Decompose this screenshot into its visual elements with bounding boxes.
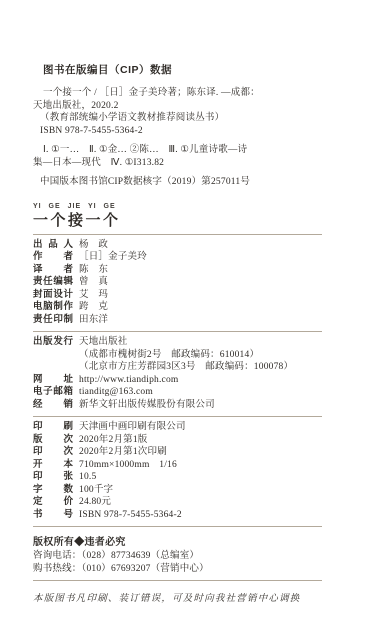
staff-row: 电脑制作跨 克: [33, 301, 322, 314]
publishing-section: 出版发行天地出版社 出版发行（成都市槐树街2号 邮政编码：610014） 出版发…: [33, 336, 322, 411]
printing-row: 书号ISBN 978-7-5455-5364-2: [33, 509, 322, 522]
divider: [33, 416, 322, 417]
cip-header: 图书在版编目（CIP）数据: [33, 62, 322, 77]
divider: [33, 331, 322, 332]
row-value: 10.5: [79, 471, 96, 484]
row-value: 2020年2月第1次印刷: [79, 446, 167, 459]
row-label: 书号: [33, 509, 73, 522]
publishing-row: 网址http://www.tiandiph.com: [33, 374, 322, 387]
publishing-row: 经销新华文轩出版传媒股份有限公司: [33, 399, 322, 412]
row-value: （北京市方庄芳群园3区3号 邮政编码：100078）: [79, 361, 293, 374]
printing-row: 开本710mm×1000mm 1/16: [33, 459, 322, 472]
row-label: 版次: [33, 434, 73, 447]
row-value: 710mm×1000mm 1/16: [79, 459, 177, 472]
publishing-row: 电子邮箱tianditg@163.com: [33, 386, 322, 399]
row-label: 电子邮箱: [33, 386, 73, 399]
cip-series-note: （教育部统编小学语文教材推荐阅读丛书）: [33, 112, 322, 125]
row-label: 出版发行: [33, 336, 73, 349]
row-label: 封面设计: [33, 289, 73, 302]
row-value: 陈 东: [79, 264, 108, 277]
cip-description-line: 天地出版社，2020.2: [33, 100, 322, 113]
row-label: 印刷: [33, 421, 73, 434]
title-pinyin: YI GE JIE YI GE: [33, 203, 322, 210]
phone-line: 咨询电话：（028）87734639（总编室）: [33, 550, 322, 563]
staff-row: 责任印制田东洋: [33, 314, 322, 327]
row-value: （成都市槐树街2号 邮政编码：610014）: [79, 349, 259, 362]
phone-line: 购书热线：（010）67693207（营销中心）: [33, 563, 322, 576]
contact-section: 咨询电话：（028）87734639（总编室） 购书热线：（010）676932…: [33, 550, 322, 575]
row-label: 责任印制: [33, 314, 73, 327]
cip-record-number: 中国版本图书馆CIP数据核字（2019）第257011号: [33, 176, 322, 189]
staff-row: 责任编辑曾 真: [33, 276, 322, 289]
row-label: 出品人: [33, 239, 73, 252]
staff-row: 译者陈 东: [33, 264, 322, 277]
publisher-address: 出版发行（成都市槐树街2号 邮政编码：610014）: [33, 349, 322, 362]
cip-classification-line: Ⅰ. ①一… Ⅱ. ①金… ②陈… Ⅲ. ①儿童诗歌—诗: [33, 144, 322, 157]
printing-row: 印刷天津画中画印刷有限公司: [33, 421, 322, 434]
website-url: http://www.tiandiph.com: [79, 374, 179, 387]
copyright-notice: 版权所有◆违者必究: [33, 533, 322, 548]
staff-row: 出品人杨 政: [33, 239, 322, 252]
printing-row: 定价24.80元: [33, 496, 322, 509]
book-title: 一个接一个: [33, 212, 322, 229]
copyright-page: 图书在版编目（CIP）数据 一个接一个 / ［日］金子美玲著；陈东译. —成都：…: [0, 0, 375, 621]
row-value: 100千字: [79, 484, 113, 497]
divider: [33, 580, 322, 581]
row-value: 天地出版社: [79, 336, 128, 349]
row-label: 经销: [33, 399, 73, 412]
divider: [33, 234, 322, 235]
printing-row: 印张10.5: [33, 471, 322, 484]
row-label: 作者: [33, 251, 73, 264]
publishing-row: 出版发行天地出版社: [33, 336, 322, 349]
cip-classification-line: 集—日本—现代 Ⅳ. ①I313.82: [33, 157, 322, 170]
row-label: 印张: [33, 471, 73, 484]
row-value: 新华文轩出版传媒股份有限公司: [79, 399, 215, 412]
row-value: ［日］金子美玲: [79, 251, 147, 264]
row-label: 责任编辑: [33, 276, 73, 289]
cip-description-line: 一个接一个 / ［日］金子美玲著；陈东译. —成都：: [33, 87, 322, 100]
row-value: 杨 政: [79, 239, 108, 252]
printing-row: 印次2020年2月第1次印刷: [33, 446, 322, 459]
row-value: 2020年2月第1版: [79, 434, 148, 447]
row-value: 跨 克: [79, 301, 108, 314]
replacement-note: 本版图书凡印刷、装订错误，可及时向我社营销中心调换: [33, 590, 322, 604]
printing-section: 印刷天津画中画印刷有限公司 版次2020年2月第1版 印次2020年2月第1次印…: [33, 421, 322, 521]
cip-isbn: ISBN 978-7-5455-5364-2: [33, 125, 322, 138]
email-address: tianditg@163.com: [79, 386, 153, 399]
row-label: 译者: [33, 264, 73, 277]
row-label: 定价: [33, 496, 73, 509]
publisher-address: 出版发行（北京市方庄芳群园3区3号 邮政编码：100078）: [33, 361, 322, 374]
row-value: 田东洋: [79, 314, 108, 327]
staff-row: 作者［日］金子美玲: [33, 251, 322, 264]
book-isbn: ISBN 978-7-5455-5364-2: [79, 509, 182, 522]
staff-row: 封面设计艾 玛: [33, 289, 322, 302]
row-label: 网址: [33, 374, 73, 387]
row-value: 天津画中画印刷有限公司: [79, 421, 186, 434]
printing-row: 版次2020年2月第1版: [33, 434, 322, 447]
row-label: 电脑制作: [33, 301, 73, 314]
row-label: 字数: [33, 484, 73, 497]
divider: [33, 526, 322, 527]
row-value: 艾 玛: [79, 289, 108, 302]
row-label: 开本: [33, 459, 73, 472]
staff-section: 出品人杨 政 作者［日］金子美玲 译者陈 东 责任编辑曾 真 封面设计艾 玛 电…: [33, 239, 322, 327]
row-value: 24.80元: [79, 496, 111, 509]
printing-row: 字数100千字: [33, 484, 322, 497]
row-label: 印次: [33, 446, 73, 459]
row-value: 曾 真: [79, 276, 108, 289]
